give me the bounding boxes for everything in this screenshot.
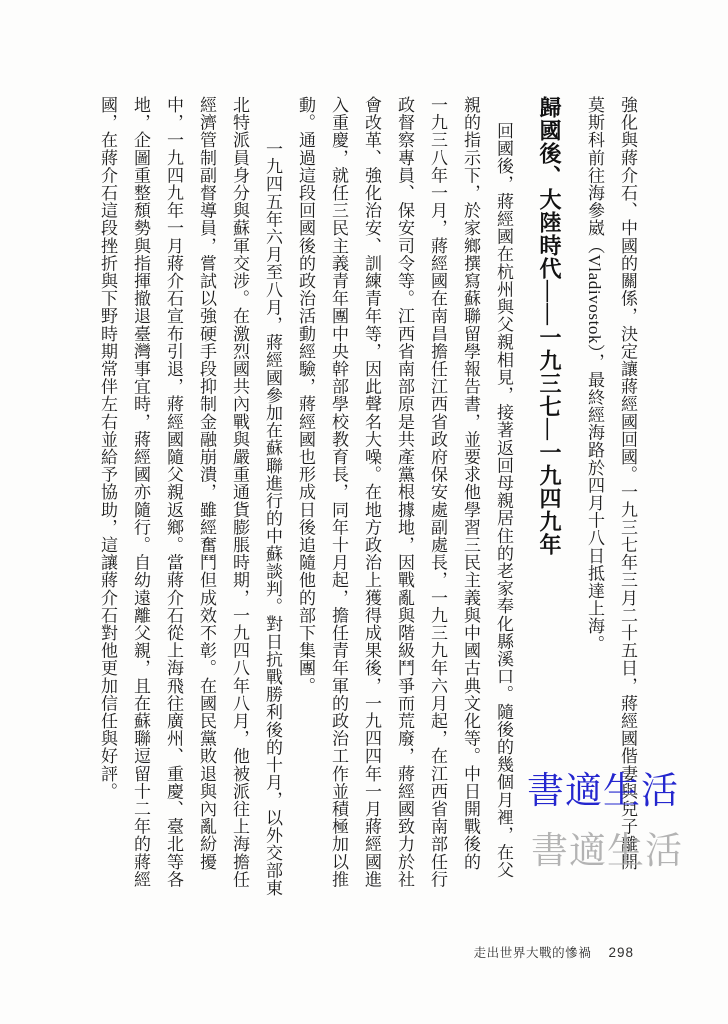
book-page: 強化與蔣介石、中國的關係，決定讓蔣經國回國。一九三七年三月二十五日，蔣經國偕妻與… <box>0 0 728 1024</box>
text-column: 親的指示下，於家鄉撰寫蘇聯留學報告書，並要求他學習三民主義與中國古典文化等。中日… <box>454 96 487 908</box>
text-column: 強化與蔣介石、中國的關係，決定讓蔣經國回國。一九三七年三月二十五日，蔣經國偕妻與… <box>611 96 644 908</box>
text-column: 回國後，蔣經國在杭州與父親相見，接著返回母親居住的老家奉化縣溪口。隨後的幾個月裡… <box>487 96 520 908</box>
section-heading: 歸國後、大陸時代——一九三七—一九四九年 <box>526 96 572 908</box>
running-title: 走出世界大戰的慘禍 <box>474 943 592 961</box>
text-column: 莫斯科前往海參崴（Vladivostok），最終經海路於四月十八日抵達上海。 <box>578 96 611 908</box>
text-column: 一九三八年一月，蔣經國在南昌擔任江西省政府保安處副處長，一九三九年六月起，在江西… <box>421 96 454 908</box>
text-column: 政督察專員、保安司令等。江西省南部原是共產黨根據地，因戰亂與階級鬥爭而荒廢，蔣經… <box>388 96 421 908</box>
text-column: 入重慶，就任三民主義青年團中央幹部學校教育長，同年十月起，擔任青年軍的政治工作並… <box>322 96 355 908</box>
page-number: 298 <box>608 945 634 960</box>
page-footer: 走出世界大戰的慘禍 298 <box>474 943 634 961</box>
text-column: 一九四五年六月至八月，蔣經國參加在蘇聯進行的中蘇談判。對日抗戰勝利後的十月，以外… <box>256 96 289 908</box>
text-column: 北特派員身分與蘇軍交涉。在激烈國共內戰與嚴重通貨膨脹時期，一九四八年八月，他被派… <box>223 96 256 908</box>
text-column: 國，在蔣介石這段挫折與下野時期常伴左右並給予協助，這讓蔣介石對他更加信任與好評。 <box>91 96 124 908</box>
text-column: 中，一九四九年一月蔣介石宣布引退，蔣經國隨父親返鄉。當蔣介石從上海飛往廣州、重慶… <box>157 96 190 908</box>
text-column: 地，企圖重整頹勢與指揮撤退臺灣事宜時，蔣經國亦隨行。自幼遠離父親，且在蘇聯逗留十… <box>124 96 157 908</box>
text-column: 會改革、強化治安、訓練青年等，因此聲名大噪。在地方政治上獲得成果後，一九四四年一… <box>355 96 388 908</box>
vertical-text-block: 強化與蔣介石、中國的關係，決定讓蔣經國回國。一九三七年三月二十五日，蔣經國偕妻與… <box>91 96 644 908</box>
text-column: 經濟管制副督導員，嘗試以強硬手段抑制金融崩潰，雖經奮鬥但成效不彰。在國民黨敗退與… <box>190 96 223 908</box>
text-column: 動。通過這段回國後的政治活動經驗，蔣經國也形成日後追隨他的部下集團。 <box>289 96 322 908</box>
